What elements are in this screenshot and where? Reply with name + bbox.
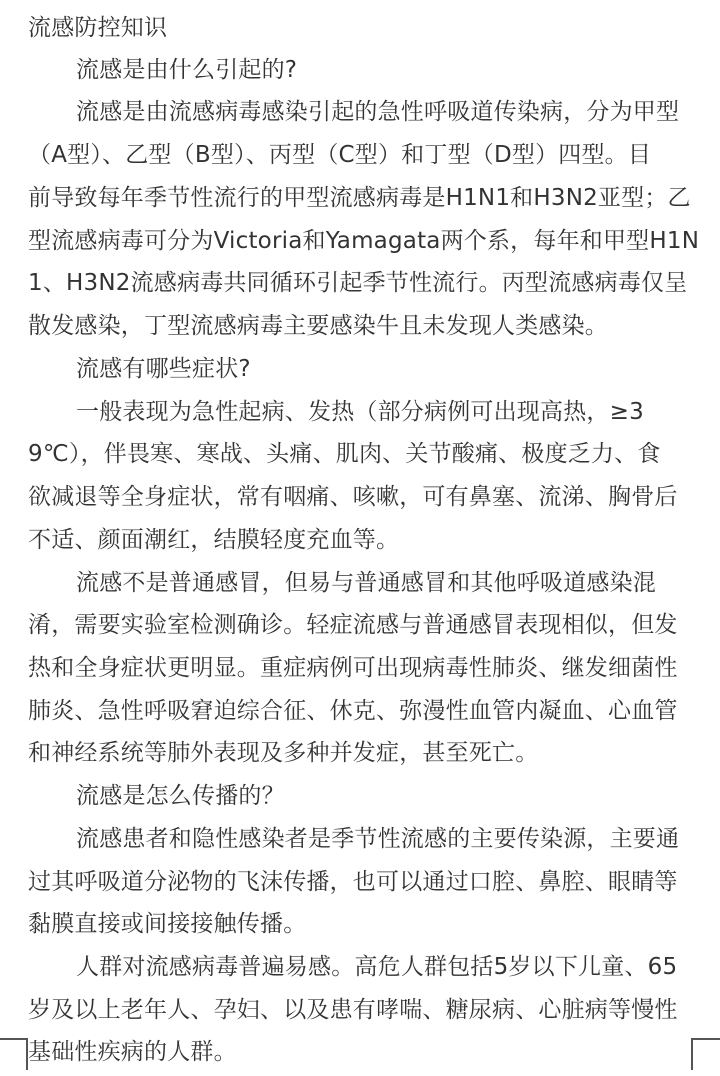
paragraph-line: 欲减退等全身症状，常有咽痛、咳嗽，可有鼻塞、流涕、胸骨后 — [28, 482, 678, 512]
page-corner-mark-right — [691, 1038, 720, 1070]
paragraph-line: 岁及以上老年人、孕妇、以及患有哮喘、糖尿病、心脏病等慢性 — [28, 995, 678, 1025]
document-title: 流感防控知识 — [28, 13, 167, 43]
paragraph-line: （A型）、乙型（B型）、丙型（C型）和丁型（D型）四型。目 — [28, 140, 651, 170]
paragraph-line: 前导致每年季节性流行的甲型流感病毒是H1N1和H3N2亚型；乙 — [28, 183, 691, 213]
paragraph-line: 流感患者和隐性感染者是季节性流感的主要传染源，主要通 — [76, 824, 679, 854]
document-page: 流感防控知识 流感是由什么引起的? 流感是由流感病毒感染引起的急性呼吸道传染病，… — [0, 0, 720, 1076]
paragraph-line: 基础性疾病的人群。 — [28, 1037, 237, 1067]
paragraph-line: 不适、颜面潮红，结膜轻度充血等。 — [28, 525, 399, 555]
paragraph-line: 过其呼吸道分泌物的飞沫传播，也可以通过口腔、鼻腔、眼睛等 — [28, 867, 678, 897]
paragraph-line: 1、H3N2流感病毒共同循环引起季节性流行。丙型流感病毒仅呈 — [28, 268, 687, 298]
paragraph-line: 肺炎、急性呼吸窘迫综合征、休克、弥漫性血管内凝血、心血管 — [28, 696, 678, 726]
paragraph-line: 人群对流感病毒普遍易感。高危人群包括5岁以下儿童、65 — [76, 952, 677, 982]
section-question: 流感有哪些症状? — [76, 354, 251, 384]
paragraph-line: 散发感染，丁型流感病毒主要感染牛且未发现人类感染。 — [28, 311, 608, 341]
paragraph-line: 一般表现为急性起病、发热（部分病例可出现高热，≥3 — [76, 397, 644, 427]
paragraph-line: 淆，需要实验室检测确诊。轻症流感与普通感冒表现相似，但发 — [28, 610, 678, 640]
paragraph-line: 型流感病毒可分为Victoria和Yamagata两个系，每年和甲型H1N — [28, 226, 699, 256]
paragraph-line: 流感不是普通感冒，但易与普通感冒和其他呼吸道感染混 — [76, 568, 656, 598]
page-corner-mark-left — [0, 1038, 28, 1070]
paragraph-line: 热和全身症状更明显。重症病例可出现病毒性肺炎、继发细菌性 — [28, 653, 678, 683]
section-question: 流感是怎么传播的？ — [76, 781, 285, 811]
paragraph-line: 和神经系统等肺外表现及多种并发症，甚至死亡。 — [28, 738, 538, 768]
section-question: 流感是由什么引起的? — [76, 55, 297, 85]
paragraph-line: 9℃），伴畏寒、寒战、头痛、肌肉、关节酸痛、极度乏力、食 — [28, 439, 661, 469]
paragraph-line: 黏膜直接或间接接触传播。 — [28, 909, 306, 939]
paragraph-line: 流感是由流感病毒感染引起的急性呼吸道传染病，分为甲型 — [76, 97, 679, 127]
